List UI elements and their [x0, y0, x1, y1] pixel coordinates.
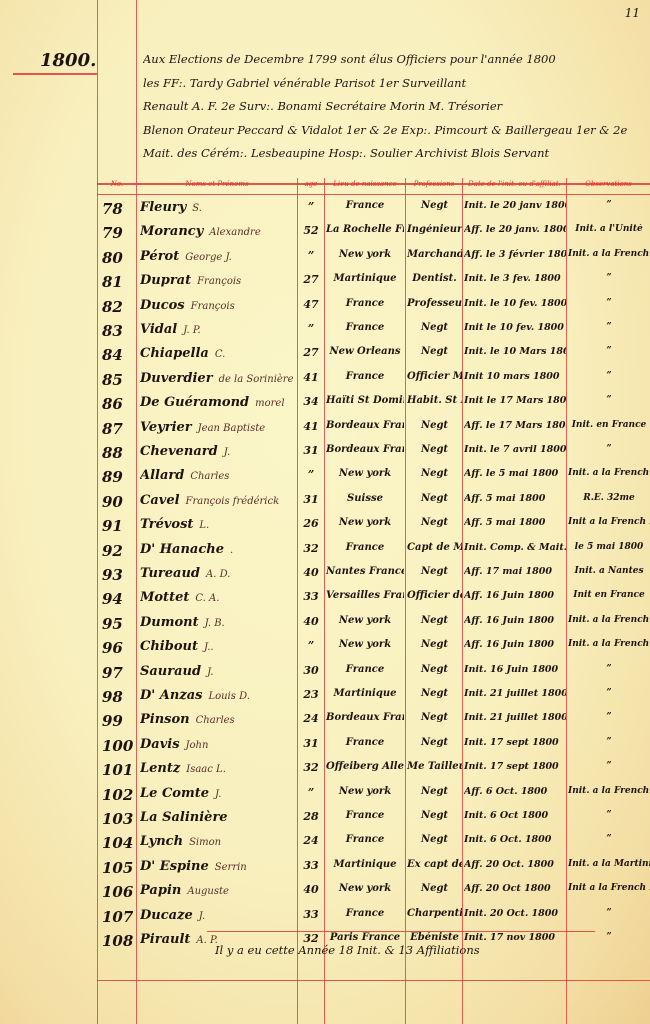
- given-names: Louis D.: [208, 691, 249, 702]
- heading-line: Blenon Orateur Peccard & Vidalot 1er & 2…: [143, 119, 648, 143]
- profession: Marchand: [407, 249, 462, 260]
- initiation-date: Init. 6 Oct 1800: [464, 810, 566, 821]
- given-names: Alexandre: [209, 227, 260, 238]
- surname: Ducos: [140, 298, 185, 313]
- initiation-date: Init. le 3 fev. 1800: [464, 273, 566, 284]
- member-age: 26: [298, 517, 324, 530]
- member-name: LynchSimon: [140, 834, 296, 849]
- observations: Init. a la Martinique: [568, 859, 650, 869]
- member-name: D' Hanache.: [140, 542, 296, 557]
- birthplace: Haïti St Domingue: [326, 395, 404, 406]
- observations: ”: [568, 322, 650, 332]
- observations: ”: [568, 712, 650, 722]
- observations: ”: [568, 688, 650, 698]
- surname: De Guéramond: [140, 395, 249, 410]
- surname: Allard: [140, 468, 184, 483]
- birthplace: France: [326, 298, 404, 309]
- initiation-date: Aff. le 5 mai 1800: [464, 468, 566, 479]
- initiation-date: Init. le 20 janv 1800: [464, 200, 566, 211]
- member-age: 23: [298, 688, 324, 701]
- table-row: 89AllardCharles”New yorkNegtAff. le 5 ma…: [0, 466, 650, 490]
- initiation-date: Aff. le 20 janv. 1800: [464, 224, 566, 235]
- table-row: 82DucosFrançois47FranceProfesseurInit. l…: [0, 296, 650, 320]
- initiation-date: Init. le 10 fev. 1800: [464, 298, 566, 309]
- member-number: 89: [102, 468, 136, 486]
- profession: Negt: [407, 786, 462, 797]
- observations: ”: [568, 371, 650, 381]
- birthplace: Bordeaux France: [326, 420, 404, 431]
- table-row: 98D' AnzasLouis D.23MartiniqueNegtInit. …: [0, 686, 650, 710]
- table-row: 100DavisJohn31FranceNegtInit. 17 sept 18…: [0, 735, 650, 759]
- birthplace: Paris France: [326, 932, 404, 943]
- initiation-date: Aff. 5 mai 1800: [464, 517, 566, 528]
- heading-line: Mait. des Cérém:. Lesbeaupine Hosp:. Sou…: [143, 142, 648, 166]
- member-name: De Guéramondmorel: [140, 395, 296, 410]
- member-number: 97: [102, 664, 136, 682]
- profession: Negt: [407, 834, 462, 845]
- profession: Negt: [407, 200, 462, 211]
- initiation-date: Aff. le 3 février 1800: [464, 249, 566, 260]
- member-number: 79: [102, 224, 136, 242]
- member-age: 30: [298, 664, 324, 677]
- table-row: 91TrévostL.26New yorkNegtAff. 5 mai 1800…: [0, 515, 650, 539]
- observations: Init en France: [568, 590, 650, 600]
- member-age: 40: [298, 615, 324, 628]
- year-underline: [13, 73, 97, 75]
- profession: Negt: [407, 639, 462, 650]
- initiation-date: Init le 17 Mars 1800: [464, 395, 566, 406]
- given-names: Serrin: [215, 862, 247, 873]
- member-age: 31: [298, 444, 324, 457]
- given-names: J.: [207, 667, 213, 678]
- observations: Init. a la French Loge: [568, 639, 650, 649]
- given-names: Charles: [196, 715, 235, 726]
- member-name: FleuryS.: [140, 200, 296, 215]
- profession: Ex capt de marine: [407, 859, 462, 870]
- surname: Veyrier: [140, 420, 192, 435]
- surname: Lentz: [140, 761, 180, 776]
- member-number: 80: [102, 249, 136, 267]
- member-name: DumontJ. B.: [140, 615, 296, 630]
- observations: ”: [568, 834, 650, 844]
- member-age: 40: [298, 566, 324, 579]
- member-name: Duverdierde la Sorinière: [140, 371, 296, 386]
- member-name: LentzIsaac L.: [140, 761, 296, 776]
- member-number: 107: [102, 908, 136, 926]
- observations: R.E. 32me: [568, 493, 650, 503]
- profession: Negt: [407, 883, 462, 894]
- member-age: 33: [298, 908, 324, 921]
- table-row: 87VeyrierJean Baptiste41Bordeaux FranceN…: [0, 418, 650, 442]
- given-names: Auguste: [187, 886, 229, 897]
- birthplace: Martinique: [326, 273, 404, 284]
- member-number: 104: [102, 834, 136, 852]
- table-row: 88ChevenardJ.31Bordeaux FranceNegtInit. …: [0, 442, 650, 466]
- member-age: 32: [298, 542, 324, 555]
- member-number: 94: [102, 590, 136, 608]
- surname: Tureaud: [140, 566, 200, 581]
- given-names: John: [186, 740, 209, 751]
- header-lieu: Lieu de naissance: [325, 180, 405, 192]
- surname: Trévost: [140, 517, 193, 532]
- member-number: 91: [102, 517, 136, 535]
- observations: ”: [568, 200, 650, 210]
- member-name: AllardCharles: [140, 468, 296, 483]
- member-number: 84: [102, 346, 136, 364]
- table-row: 104LynchSimon24FranceNegtInit. 6 Oct. 18…: [0, 832, 650, 856]
- initiation-date: Aff. 16 Juin 1800: [464, 615, 566, 626]
- member-name: PérotGeorge J.: [140, 249, 296, 264]
- observations: ”: [568, 346, 650, 356]
- observations: Init. a la French Loge: [568, 786, 650, 796]
- surname: Lynch: [140, 834, 183, 849]
- profession: Negt: [407, 664, 462, 675]
- given-names: François frédérick: [186, 496, 280, 507]
- observations: ”: [568, 273, 650, 283]
- member-name: Le ComteJ.: [140, 786, 296, 801]
- member-number: 108: [102, 932, 136, 950]
- surname: Cavel: [140, 493, 180, 508]
- header-num: No.: [98, 180, 136, 192]
- table-row: 78FleuryS.”FranceNegtInit. le 20 janv 18…: [0, 198, 650, 222]
- profession: Officier Militaire: [407, 371, 462, 382]
- member-age: ”: [298, 200, 324, 213]
- table-row: 105D' EspineSerrin33MartiniqueEx capt de…: [0, 857, 650, 881]
- table-row: 99PinsonCharles24Bordeaux FranceNegtInit…: [0, 710, 650, 734]
- header-date: Date de l'init. ou d'affiliat.: [463, 180, 566, 192]
- given-names: J. B.: [205, 618, 225, 629]
- member-age: 27: [298, 346, 324, 359]
- member-number: 83: [102, 322, 136, 340]
- observations: ”: [568, 298, 650, 308]
- given-names: François: [191, 301, 235, 312]
- profession: Negt: [407, 346, 462, 357]
- surname: D' Anzas: [140, 688, 202, 703]
- given-names: C.: [215, 349, 225, 360]
- member-name: VidalJ. P.: [140, 322, 296, 337]
- birthplace: Suisse: [326, 493, 404, 504]
- table-row: 79MorancyAlexandre52La Rochelle FranceIn…: [0, 222, 650, 246]
- initiation-date: Aff. 6 Oct. 1800: [464, 786, 566, 797]
- member-name: MorancyAlexandre: [140, 224, 296, 239]
- member-number: 101: [102, 761, 136, 779]
- observations: Init. a la French Loge: [568, 615, 650, 625]
- election-heading: Aux Elections de Decembre 1799 sont élus…: [143, 48, 648, 166]
- member-number: 98: [102, 688, 136, 706]
- initiation-date: Init. Comp. & Mait.: [464, 542, 566, 553]
- birthplace: New york: [326, 639, 404, 650]
- surname: Chiapella: [140, 346, 209, 361]
- table-row: 85Duverdierde la Sorinière41FranceOffici…: [0, 369, 650, 393]
- table-row: 90CavelFrançois frédérick31SuisseNegtAff…: [0, 491, 650, 515]
- profession: Negt: [407, 566, 462, 577]
- initiation-date: Init. 17 sept 1800: [464, 737, 566, 748]
- birthplace: Versailles France: [326, 590, 404, 601]
- surname: Fleury: [140, 200, 186, 215]
- observations: Init. a la French Loge: [568, 249, 650, 259]
- given-names: morel: [255, 398, 284, 409]
- birthplace: La Rochelle France: [326, 224, 404, 235]
- member-name: VeyrierJean Baptiste: [140, 420, 296, 435]
- page-number: 11: [625, 6, 640, 20]
- initiation-date: Init. 16 Juin 1800: [464, 664, 566, 675]
- initiation-date: Aff. 20 Oct. 1800: [464, 859, 566, 870]
- member-name: PapinAuguste: [140, 883, 296, 898]
- given-names: François: [197, 276, 241, 287]
- surname: D' Espine: [140, 859, 209, 874]
- surname: Chevenard: [140, 444, 218, 459]
- initiation-date: Init. le 7 avril 1800: [464, 444, 566, 455]
- birthplace: New york: [326, 615, 404, 626]
- birthplace: New york: [326, 786, 404, 797]
- given-names: A. D.: [206, 569, 230, 580]
- birthplace: France: [326, 737, 404, 748]
- profession: Negt: [407, 517, 462, 528]
- profession: Habit. St Domingue: [407, 395, 462, 406]
- surname: Duverdier: [140, 371, 213, 386]
- profession: Negt: [407, 810, 462, 821]
- table-row: 103La Salinière28FranceNegtInit. 6 Oct 1…: [0, 808, 650, 832]
- member-age: 34: [298, 395, 324, 408]
- given-names: Isaac L.: [186, 764, 226, 775]
- given-names: L.: [199, 520, 209, 531]
- profession: Professeur: [407, 298, 462, 309]
- initiation-date: Aff. 16 Juin 1800: [464, 590, 566, 601]
- birthplace: Offeiberg Allemagne: [326, 761, 404, 772]
- table-row: 83VidalJ. P.”FranceNegtInit le 10 fev. 1…: [0, 320, 650, 344]
- year-summary: Il y a eu cette Année 18 Init. & 13 Affi…: [215, 943, 480, 957]
- member-name: ChiapellaC.: [140, 346, 296, 361]
- table-row: 97SauraudJ.30FranceNegtInit. 16 Juin 180…: [0, 662, 650, 686]
- member-age: ”: [298, 786, 324, 799]
- surname: Sauraud: [140, 664, 201, 679]
- birthplace: Bordeaux France: [326, 444, 404, 455]
- observations: Init. a l'Unité: [568, 224, 650, 234]
- observations: ”: [568, 932, 650, 942]
- table-row: 93TureaudA. D.40Nantes FranceNegtAff. 17…: [0, 564, 650, 588]
- initiation-date: Init 10 mars 1800: [464, 371, 566, 382]
- member-name: D' AnzasLouis D.: [140, 688, 296, 703]
- member-number: 81: [102, 273, 136, 291]
- member-number: 87: [102, 420, 136, 438]
- member-number: 96: [102, 639, 136, 657]
- member-age: 24: [298, 712, 324, 725]
- surname: Ducaze: [140, 908, 193, 923]
- profession: Negt: [407, 712, 462, 723]
- given-names: Jean Baptiste: [198, 423, 266, 434]
- header-name: Noms et Prénoms: [137, 180, 297, 192]
- member-age: 41: [298, 371, 324, 384]
- member-name: ChevenardJ.: [140, 444, 296, 459]
- observations: Init. a la French Loge: [568, 468, 650, 478]
- initiation-date: Init. 21 juillet 1800: [464, 712, 566, 723]
- table-row: 80PérotGeorge J.”New yorkMarchandAff. le…: [0, 247, 650, 271]
- birthplace: France: [326, 200, 404, 211]
- member-number: 106: [102, 883, 136, 901]
- member-name: MottetC. A.: [140, 590, 296, 605]
- profession: Dentist.: [407, 273, 462, 284]
- table-row: 81DupratFrançois27MartiniqueDentist.Init…: [0, 271, 650, 295]
- header-obs: Observations: [567, 180, 650, 192]
- surname: Dumont: [140, 615, 199, 630]
- initiation-date: Init. 17 sept 1800: [464, 761, 566, 772]
- birthplace: New york: [326, 468, 404, 479]
- birthplace: France: [326, 371, 404, 382]
- member-number: 102: [102, 786, 136, 804]
- given-names: J.: [199, 911, 205, 922]
- ledger-page: 11 1800. Aux Elections de Decembre 1799 …: [0, 0, 650, 1024]
- member-age: 28: [298, 810, 324, 823]
- member-name: CavelFrançois frédérick: [140, 493, 296, 508]
- observations: ”: [568, 761, 650, 771]
- given-names: J. P.: [183, 325, 200, 336]
- birthplace: New york: [326, 517, 404, 528]
- member-number: 85: [102, 371, 136, 389]
- member-number: 93: [102, 566, 136, 584]
- summary-bottom-rule: [97, 980, 650, 981]
- member-name: PinsonCharles: [140, 712, 296, 727]
- profession: Negt: [407, 615, 462, 626]
- observations: ”: [568, 664, 650, 674]
- profession: Charpentier: [407, 908, 462, 919]
- header-profession: Professions: [406, 180, 462, 192]
- member-age: ”: [298, 249, 324, 262]
- member-name: DavisJohn: [140, 737, 296, 752]
- member-age: ”: [298, 322, 324, 335]
- table-row: 86De Guéramondmorel34Haïti St DomingueHa…: [0, 393, 650, 417]
- surname: Duprat: [140, 273, 191, 288]
- initiation-date: Init le 10 fev. 1800: [464, 322, 566, 333]
- surname: Davis: [140, 737, 180, 752]
- member-number: 103: [102, 810, 136, 828]
- initiation-date: Aff. 16 Juin 1800: [464, 639, 566, 650]
- birthplace: Bordeaux France: [326, 712, 404, 723]
- member-age: 32: [298, 761, 324, 774]
- member-number: 105: [102, 859, 136, 877]
- birthplace: France: [326, 834, 404, 845]
- given-names: S.: [192, 203, 202, 214]
- surname: Morancy: [140, 224, 203, 239]
- birthplace: New Orleans: [326, 346, 404, 357]
- member-age: ”: [298, 639, 324, 652]
- observations: Init a la French Loge: [568, 517, 650, 527]
- member-number: 86: [102, 395, 136, 413]
- given-names: de la Sorinière: [219, 374, 294, 385]
- member-name: ChiboutJ..: [140, 639, 296, 654]
- surname: Papin: [140, 883, 181, 898]
- member-name: DucosFrançois: [140, 298, 296, 313]
- birthplace: France: [326, 908, 404, 919]
- member-age: 31: [298, 493, 324, 506]
- member-name: SauraudJ.: [140, 664, 296, 679]
- birthplace: New york: [326, 883, 404, 894]
- given-names: J.: [215, 789, 221, 800]
- observations: Init a la French Loge: [568, 883, 650, 893]
- member-number: 99: [102, 712, 136, 730]
- profession: Negt: [407, 444, 462, 455]
- table-row: 106PapinAuguste40New yorkNegtAff. 20 Oct…: [0, 881, 650, 905]
- member-number: 88: [102, 444, 136, 462]
- table-row: 84ChiapellaC.27New OrleansNegtInit. le 1…: [0, 344, 650, 368]
- observations: ”: [568, 395, 650, 405]
- member-age: 52: [298, 224, 324, 237]
- member-number: 95: [102, 615, 136, 633]
- table-row: 94MottetC. A.33Versailles FranceOfficier…: [0, 588, 650, 612]
- table-row: 92D' Hanache.32FranceCapt de MarineInit.…: [0, 540, 650, 564]
- member-age: 33: [298, 590, 324, 603]
- birthplace: Martinique: [326, 859, 404, 870]
- initiation-date: Init. 17 nov 1800: [464, 932, 566, 943]
- initiation-date: Init. 21 juillet 1800: [464, 688, 566, 699]
- observations: ”: [568, 737, 650, 747]
- table-row: 107DucazeJ.33FranceCharpentierInit. 20 O…: [0, 906, 650, 930]
- given-names: George J.: [185, 252, 232, 263]
- initiation-date: Aff. 20 Oct 1800: [464, 883, 566, 894]
- profession: Officier de marine: [407, 590, 462, 601]
- heading-line: les FF:. Tardy Gabriel vénérable Parisot…: [143, 72, 648, 96]
- member-name: TureaudA. D.: [140, 566, 296, 581]
- surname: Vidal: [140, 322, 177, 337]
- profession: Negt: [407, 322, 462, 333]
- member-age: ”: [298, 468, 324, 481]
- observations: Init. a Nantes: [568, 566, 650, 576]
- member-number: 90: [102, 493, 136, 511]
- heading-line: Aux Elections de Decembre 1799 sont élus…: [143, 48, 648, 72]
- initiation-date: Aff. 5 mai 1800: [464, 493, 566, 504]
- member-number: 82: [102, 298, 136, 316]
- given-names: .: [230, 545, 233, 556]
- member-name: D' EspineSerrin: [140, 859, 296, 874]
- member-age: 33: [298, 859, 324, 872]
- member-name: La Salinière: [140, 810, 296, 825]
- member-name: DupratFrançois: [140, 273, 296, 288]
- birthplace: France: [326, 810, 404, 821]
- surname: Chibout: [140, 639, 198, 654]
- initiation-date: Init. 6 Oct. 1800: [464, 834, 566, 845]
- initiation-date: Aff. 17 mai 1800: [464, 566, 566, 577]
- observations: ”: [568, 444, 650, 454]
- profession: Ingénieur: [407, 224, 462, 235]
- given-names: Simon: [189, 837, 221, 848]
- member-name: TrévostL.: [140, 517, 296, 532]
- observations: le 5 mai 1800: [568, 542, 650, 552]
- given-names: J.: [224, 447, 230, 458]
- observations: Init. en France: [568, 420, 650, 430]
- profession: Negt: [407, 737, 462, 748]
- header-bottom-rule: [97, 194, 650, 195]
- member-age: 31: [298, 737, 324, 750]
- surname: D' Hanache: [140, 542, 224, 557]
- given-names: J..: [204, 642, 214, 653]
- profession: Me Tailleur: [407, 761, 462, 772]
- profession: Negt: [407, 688, 462, 699]
- profession: Negt: [407, 493, 462, 504]
- surname: Pérot: [140, 249, 179, 264]
- given-names: Charles: [190, 471, 229, 482]
- profession: Negt: [407, 468, 462, 479]
- member-age: 47: [298, 298, 324, 311]
- member-age: 27: [298, 273, 324, 286]
- table-row: 95DumontJ. B.40New yorkNegtAff. 16 Juin …: [0, 613, 650, 637]
- member-number: 92: [102, 542, 136, 560]
- member-name: DucazeJ.: [140, 908, 296, 923]
- profession: Negt: [407, 420, 462, 431]
- birthplace: France: [326, 664, 404, 675]
- table-row: 102Le ComteJ.”New yorkNegtAff. 6 Oct. 18…: [0, 784, 650, 808]
- initiation-date: Init. le 10 Mars 1800: [464, 346, 566, 357]
- observations: ”: [568, 908, 650, 918]
- profession: Capt de Marine: [407, 542, 462, 553]
